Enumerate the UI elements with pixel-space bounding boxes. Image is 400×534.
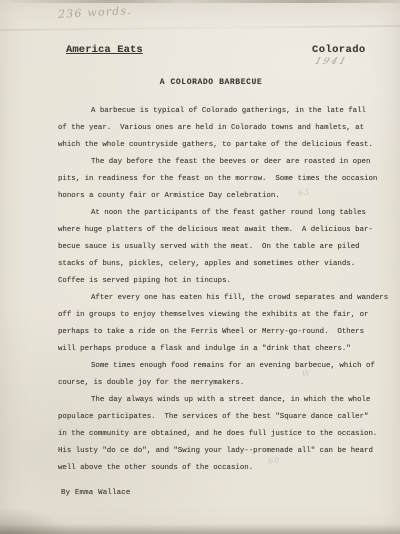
body-line: Some times enough food remains for an ev… [58,358,388,375]
body-line: course, is double joy for the merrymaker… [58,375,388,392]
body-line: After every one has eaten his fill, the … [58,290,388,307]
body-line: His lusty "do ce do", and "Swing your la… [58,443,388,460]
document-page: 236 words. America Eats Colorado 1941 A … [0,0,400,534]
body-line: stacks of buns, pickles, celery, apples … [58,256,388,273]
body-line: perhaps to take a ride on the Ferris Whe… [58,324,388,341]
document-title: A COLORADO BARBECUE [58,78,364,87]
body-line: well above the other sounds of the occas… [58,460,388,477]
handwritten-year: 1941 [313,56,349,67]
body-line: becue sauce is usually served with the m… [58,239,388,256]
body-line: At noon the participants of the feast ga… [58,205,388,222]
body-line: The day always winds up with a street da… [58,392,388,409]
top-edge-shadow [0,0,400,3]
handwritten-margin-mark: 60 [268,456,281,466]
body-line: The day before the feast the beeves or d… [58,154,388,171]
body-line: populace participates. The services of t… [58,409,388,426]
paper-crease [0,25,400,31]
body-line: in the community are obtained, and he do… [58,426,388,443]
bottom-edge-shadow [0,524,400,534]
body-line: honors a county fair or Armistice Day ce… [58,188,388,205]
state-label: Colorado [312,44,366,56]
body-line: where huge platters of the delicious mea… [58,222,388,239]
body-line: A barbecue is typical of Colorado gather… [58,103,388,120]
byline: By Emma Wallace [61,489,131,497]
body-line: pits, in readiness for the feast on the … [58,171,388,188]
body-line: of the year. Various ones are held in Co… [58,120,388,137]
handwritten-margin-mark: W [302,369,312,379]
body-line: Coffee is served piping hot in tincups. [58,273,388,290]
body-line: will perhaps produce a flask and indulge… [58,341,388,358]
series-title: America Eats [66,44,143,56]
document-body: A barbecue is typical of Colorado gather… [58,103,388,477]
body-line: which the whole countryside gathers, to … [58,137,388,154]
body-line: off in groups to enjoy themselves viewin… [58,307,388,324]
handwritten-word-count: 236 words. [58,4,133,21]
